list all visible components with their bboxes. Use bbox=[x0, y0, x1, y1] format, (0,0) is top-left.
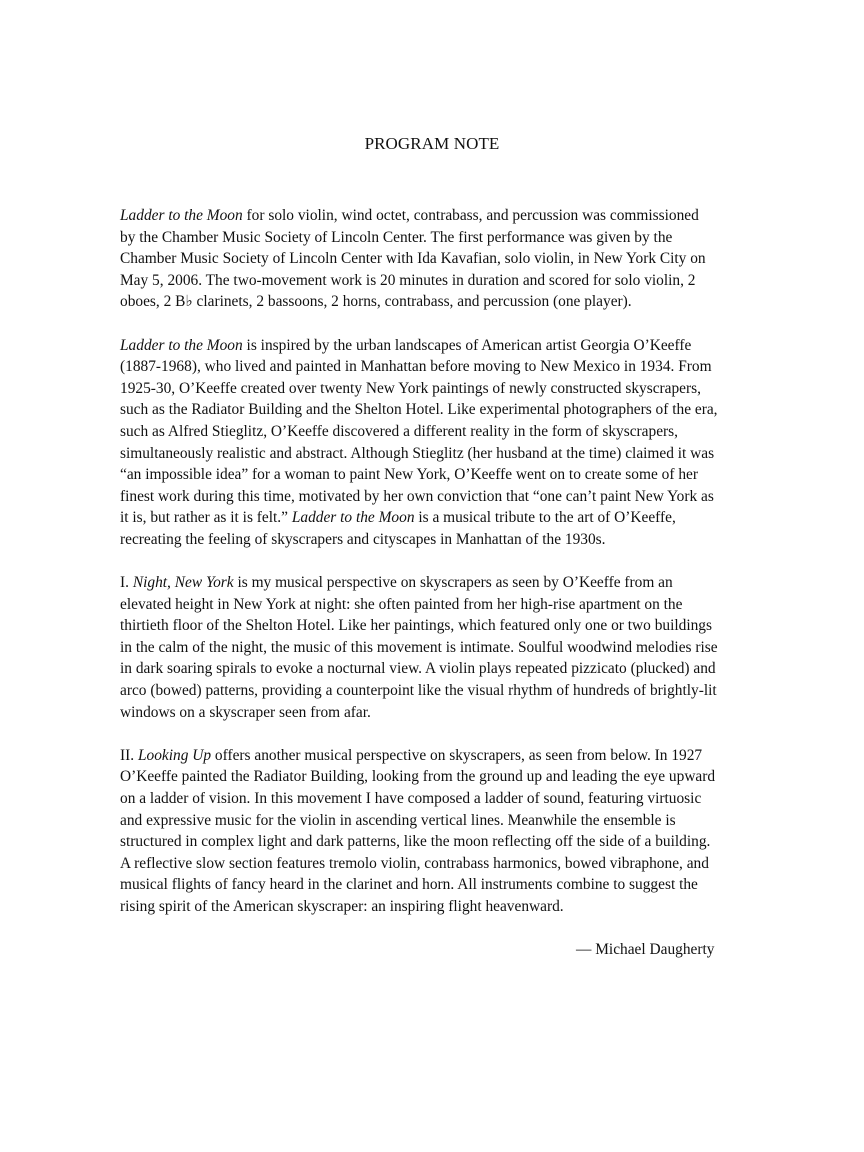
line-text: for solo violin, wind octet, contrabass,… bbox=[243, 207, 699, 224]
text-line: structured in complex light and dark pat… bbox=[120, 831, 732, 853]
line-text: in dark soaring spirals to evoke a noctu… bbox=[120, 660, 716, 677]
program-note-body: Ladder to the Moon for solo violin, wind… bbox=[120, 205, 732, 939]
paragraph: Ladder to the Moon is inspired by the ur… bbox=[120, 335, 732, 551]
text-line: thirtieth floor of the Shelton Hotel. Li… bbox=[120, 615, 732, 637]
work-title: Night, New York bbox=[133, 574, 234, 591]
text-line: May 5, 2006. The two-movement work is 20… bbox=[120, 270, 732, 292]
text-line: in the calm of the night, the music of t… bbox=[120, 637, 732, 659]
text-line: it is, but rather as it is felt.” Ladder… bbox=[120, 507, 732, 529]
text-line: arco (bowed) patterns, providing a count… bbox=[120, 680, 732, 702]
text-line: oboes, 2 B♭ clarinets, 2 bassoons, 2 hor… bbox=[120, 291, 732, 313]
line-text: finest work during this time, motivated … bbox=[120, 488, 714, 505]
text-line: Chamber Music Society of Lincoln Center … bbox=[120, 248, 732, 270]
line-text: 1925-30, O’Keeffe created over twenty Ne… bbox=[120, 380, 701, 397]
text-line: I. Night, New York is my musical perspec… bbox=[120, 572, 732, 594]
line-text: such as the Radiator Building and the Sh… bbox=[120, 401, 718, 418]
text-line: recreating the feeling of skyscrapers an… bbox=[120, 529, 732, 551]
text-line: windows on a skyscraper seen from afar. bbox=[120, 702, 732, 724]
line-text: O’Keeffe painted the Radiator Building, … bbox=[120, 768, 715, 785]
line-text: is a musical tribute to the art of O’Kee… bbox=[415, 509, 676, 526]
text-line: Ladder to the Moon is inspired by the ur… bbox=[120, 335, 732, 357]
text-line: such as Alfred Stieglitz, O’Keeffe disco… bbox=[120, 421, 732, 443]
text-line: (1887-1968), who lived and painted in Ma… bbox=[120, 356, 732, 378]
text-line: rising spirit of the American skyscraper… bbox=[120, 896, 732, 918]
text-line: A reflective slow section features tremo… bbox=[120, 853, 732, 875]
line-text: A reflective slow section features tremo… bbox=[120, 855, 709, 872]
line-text: rising spirit of the American skyscraper… bbox=[120, 898, 564, 915]
text-line: II. Looking Up offers another musical pe… bbox=[120, 745, 732, 767]
line-prefix: II. bbox=[120, 747, 138, 764]
line-text: by the Chamber Music Society of Lincoln … bbox=[120, 229, 672, 246]
line-text: elevated height in New York at night: sh… bbox=[120, 596, 682, 613]
line-text: simultaneously realistic and abstract. A… bbox=[120, 445, 714, 462]
line-prefix: I. bbox=[120, 574, 133, 591]
line-text: Chamber Music Society of Lincoln Center … bbox=[120, 250, 706, 267]
text-line: and expressive music for the violin in a… bbox=[120, 810, 732, 832]
text-line: such as the Radiator Building and the Sh… bbox=[120, 399, 732, 421]
line-text: structured in complex light and dark pat… bbox=[120, 833, 710, 850]
text-line: by the Chamber Music Society of Lincoln … bbox=[120, 227, 732, 249]
line-text: thirtieth floor of the Shelton Hotel. Li… bbox=[120, 617, 712, 634]
text-line: elevated height in New York at night: sh… bbox=[120, 594, 732, 616]
text-line: simultaneously realistic and abstract. A… bbox=[120, 443, 732, 465]
line-text: offers another musical perspective on sk… bbox=[211, 747, 702, 764]
line-text: is inspired by the urban landscapes of A… bbox=[243, 337, 692, 354]
text-line: 1925-30, O’Keeffe created over twenty Ne… bbox=[120, 378, 732, 400]
paragraph: II. Looking Up offers another musical pe… bbox=[120, 745, 732, 918]
work-title: Ladder to the Moon bbox=[292, 509, 415, 526]
line-text: on a ladder of vision. In this movement … bbox=[120, 790, 701, 807]
author-signature: — Michael Daugherty bbox=[576, 941, 714, 959]
text-line: on a ladder of vision. In this movement … bbox=[120, 788, 732, 810]
paragraph: I. Night, New York is my musical perspec… bbox=[120, 572, 732, 723]
line-text: May 5, 2006. The two-movement work is 20… bbox=[120, 272, 696, 289]
line-text: is my musical perspective on skyscrapers… bbox=[234, 574, 673, 591]
line-text: “an impossible idea” for a woman to pain… bbox=[120, 466, 698, 483]
line-prefix: it is, but rather as it is felt.” bbox=[120, 509, 292, 526]
page-title: PROGRAM NOTE bbox=[0, 134, 864, 154]
paragraph: Ladder to the Moon for solo violin, wind… bbox=[120, 205, 732, 313]
text-line: in dark soaring spirals to evoke a noctu… bbox=[120, 658, 732, 680]
line-text: in the calm of the night, the music of t… bbox=[120, 639, 718, 656]
line-text: musical flights of fancy heard in the cl… bbox=[120, 876, 698, 893]
text-line: O’Keeffe painted the Radiator Building, … bbox=[120, 766, 732, 788]
text-line: musical flights of fancy heard in the cl… bbox=[120, 874, 732, 896]
line-text: (1887-1968), who lived and painted in Ma… bbox=[120, 358, 712, 375]
work-title: Looking Up bbox=[138, 747, 211, 764]
text-line: finest work during this time, motivated … bbox=[120, 486, 732, 508]
text-line: “an impossible idea” for a woman to pain… bbox=[120, 464, 732, 486]
line-text: windows on a skyscraper seen from afar. bbox=[120, 704, 371, 721]
line-text: recreating the feeling of skyscrapers an… bbox=[120, 531, 606, 548]
work-title: Ladder to the Moon bbox=[120, 207, 243, 224]
text-line: Ladder to the Moon for solo violin, wind… bbox=[120, 205, 732, 227]
work-title: Ladder to the Moon bbox=[120, 337, 243, 354]
line-text: oboes, 2 B♭ clarinets, 2 bassoons, 2 hor… bbox=[120, 293, 632, 310]
line-text: such as Alfred Stieglitz, O’Keeffe disco… bbox=[120, 423, 678, 440]
line-text: arco (bowed) patterns, providing a count… bbox=[120, 682, 717, 699]
line-text: and expressive music for the violin in a… bbox=[120, 812, 676, 829]
